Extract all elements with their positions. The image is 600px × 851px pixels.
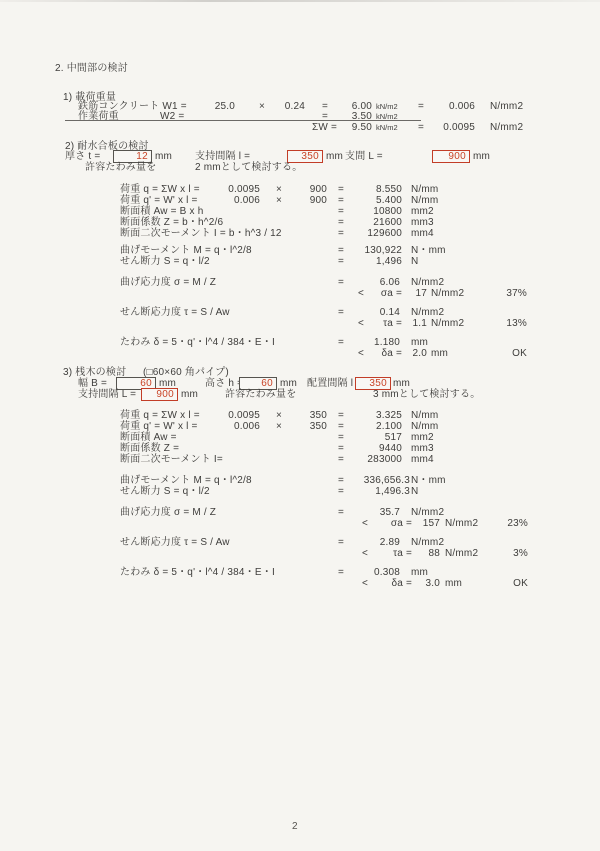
allowable-label: δa = bbox=[368, 348, 402, 360]
calc-row: 断面二次モーメント I= = 283000 mm4 bbox=[0, 454, 600, 466]
check-allowable-row: < σa = 157 N/mm2 23% bbox=[0, 518, 600, 530]
check-allowable-row: < δa = 2.0 mm OK bbox=[0, 348, 600, 360]
less-than-sign: < bbox=[358, 288, 364, 300]
check-allowable-row: < σa = 17 N/mm2 37% bbox=[0, 288, 600, 300]
row-unit: N bbox=[411, 486, 418, 498]
allowance-label: 許容たわみ量を bbox=[225, 389, 296, 401]
calc-row-shear: せん断力 S = q・l/2 = 1,496 N bbox=[0, 256, 600, 268]
row-unit: mm4 bbox=[411, 454, 434, 466]
row-unit: mm4 bbox=[411, 228, 434, 240]
row-label: 断面二次モーメント I= bbox=[120, 454, 223, 466]
allowable-label: σa = bbox=[368, 288, 402, 300]
sum-value-n: 0.0095 bbox=[428, 122, 475, 134]
allowable-value: 88 bbox=[412, 548, 440, 560]
allowable-unit: mm bbox=[445, 578, 462, 590]
check-allowable-row: < τa = 88 N/mm2 3% bbox=[0, 548, 600, 560]
page-title: 2. 中間部の検討 bbox=[55, 63, 128, 75]
allowance-label: 許容たわみ量を bbox=[85, 162, 156, 174]
unit-mm: mm bbox=[181, 389, 198, 401]
sum-value-kn: 9.50 bbox=[333, 122, 372, 134]
allowable-unit: mm bbox=[431, 348, 448, 360]
allowance-text: 2 mmとして検討する。 bbox=[195, 162, 302, 174]
allowable-unit: N/mm2 bbox=[431, 288, 464, 300]
row-unit: N bbox=[411, 256, 418, 268]
row-label: せん断力 S = q・l/2 bbox=[120, 256, 210, 268]
page-number: 2 bbox=[292, 821, 298, 832]
calc-row: 断面二次モーメント I = b・h^3 / 12 = 129600 mm4 bbox=[0, 228, 600, 240]
allowable-value: 3.0 bbox=[412, 578, 440, 590]
load-row-sum: ΣW = 9.50 kN/m2 = 0.0095 N/mm2 bbox=[0, 122, 600, 134]
allowance-text: 3 mmとして検討する。 bbox=[373, 389, 480, 401]
ratio-result: 37% bbox=[480, 288, 527, 300]
support-span-input-box: 900 bbox=[141, 388, 178, 401]
less-than-sign: < bbox=[358, 348, 364, 360]
support-span-label: 支持間隔 L = bbox=[78, 389, 136, 401]
calc-row-shear: せん断力 S = q・l/2 = 1,496.3 N bbox=[0, 486, 600, 498]
check-ok-result: OK bbox=[482, 578, 528, 590]
allowable-unit: N/mm2 bbox=[445, 548, 478, 560]
less-than-sign: < bbox=[362, 518, 368, 530]
sum-unit-n: N/mm2 bbox=[490, 122, 523, 134]
sum-unit-kn: kN/m2 bbox=[376, 122, 398, 134]
scan-edge-artifact bbox=[0, 0, 600, 2]
ratio-result: 3% bbox=[482, 548, 528, 560]
row-label: せん断力 S = q・l/2 bbox=[120, 486, 210, 498]
allowable-label: σa = bbox=[376, 518, 412, 530]
row-value: 283000 bbox=[338, 454, 402, 466]
row-value: 129600 bbox=[338, 228, 402, 240]
less-than-sign: < bbox=[362, 548, 368, 560]
row-label: 断面二次モーメント I = b・h^3 / 12 bbox=[120, 228, 282, 240]
less-than-sign: < bbox=[358, 318, 364, 330]
allowable-label: τa = bbox=[376, 548, 412, 560]
equals-sign: = bbox=[414, 122, 428, 134]
allowable-unit: N/mm2 bbox=[445, 518, 478, 530]
section2-allowance: 許容たわみ量を 2 mmとして検討する。 bbox=[0, 162, 600, 174]
scanned-calculation-sheet: 2. 中間部の検討 1) 載荷重量 鉄筋コンクリート W1 = 25.0 × 0… bbox=[0, 0, 600, 851]
sum-rule-line bbox=[65, 120, 421, 121]
allowable-unit: N/mm2 bbox=[431, 318, 464, 330]
allowable-value: 2.0 bbox=[402, 348, 427, 360]
check-allowable-row: < τa = 1.1 N/mm2 13% bbox=[0, 318, 600, 330]
ratio-result: 23% bbox=[482, 518, 528, 530]
check-allowable-row: < δa = 3.0 mm OK bbox=[0, 578, 600, 590]
allowable-label: τa = bbox=[368, 318, 402, 330]
sum-label: ΣW = bbox=[300, 122, 337, 134]
row-value: 1,496.3 bbox=[338, 486, 410, 498]
row-value: 1,496 bbox=[338, 256, 402, 268]
section3-params2: 支持間隔 L = 900 mm 許容たわみ量を 3 mmとして検討する。 bbox=[0, 389, 600, 403]
allowable-value: 17 bbox=[402, 288, 427, 300]
ratio-result: 13% bbox=[480, 318, 527, 330]
allowable-label: δa = bbox=[376, 578, 412, 590]
less-than-sign: < bbox=[362, 578, 368, 590]
allowable-value: 1.1 bbox=[402, 318, 427, 330]
check-ok-result: OK bbox=[480, 348, 527, 360]
allowable-value: 157 bbox=[412, 518, 440, 530]
